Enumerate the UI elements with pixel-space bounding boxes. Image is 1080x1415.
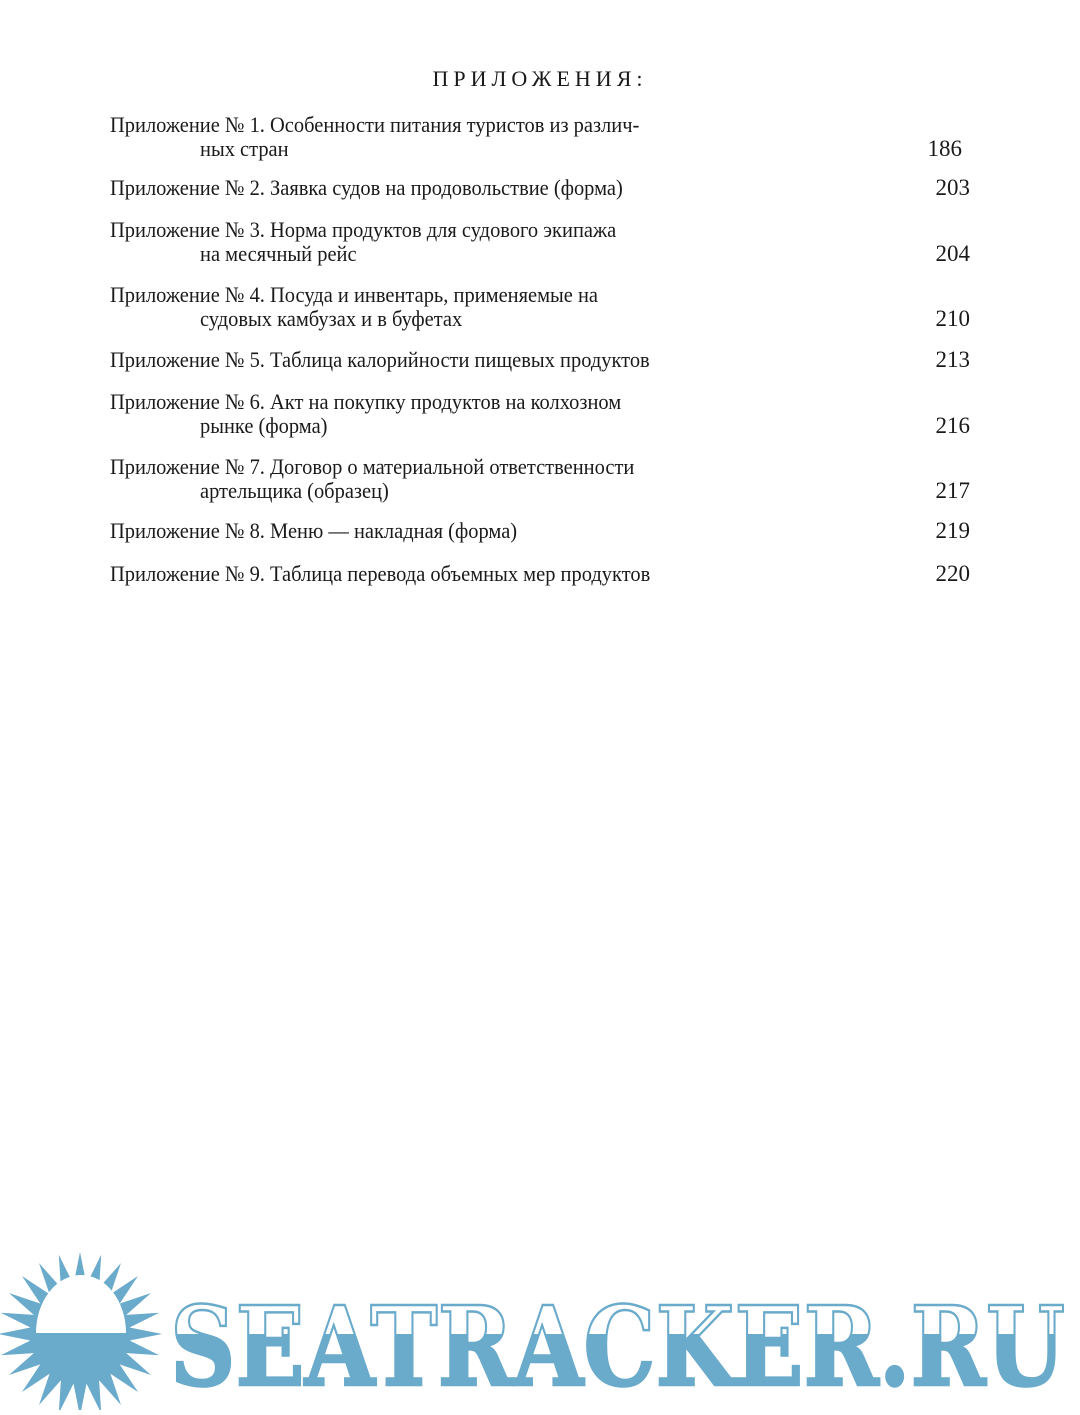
page-number: 204 — [918, 242, 970, 265]
page-number: 186 — [910, 137, 962, 160]
page-number: 219 — [918, 519, 970, 542]
page-number: 220 — [918, 562, 970, 585]
page-number: 217 — [918, 479, 970, 502]
page-number: 210 — [918, 307, 970, 330]
page-number: 216 — [918, 414, 970, 437]
sun-icon: SEATRACKER.RU SEATRACKER.RU — [0, 1250, 1080, 1410]
page-number: 203 — [918, 176, 970, 199]
appendix-heading: ПРИЛОЖЕНИЯ: — [0, 66, 1080, 92]
page-number: 213 — [918, 348, 970, 371]
watermark: SEATRACKER.RU SEATRACKER.RU — [0, 1250, 1080, 1410]
